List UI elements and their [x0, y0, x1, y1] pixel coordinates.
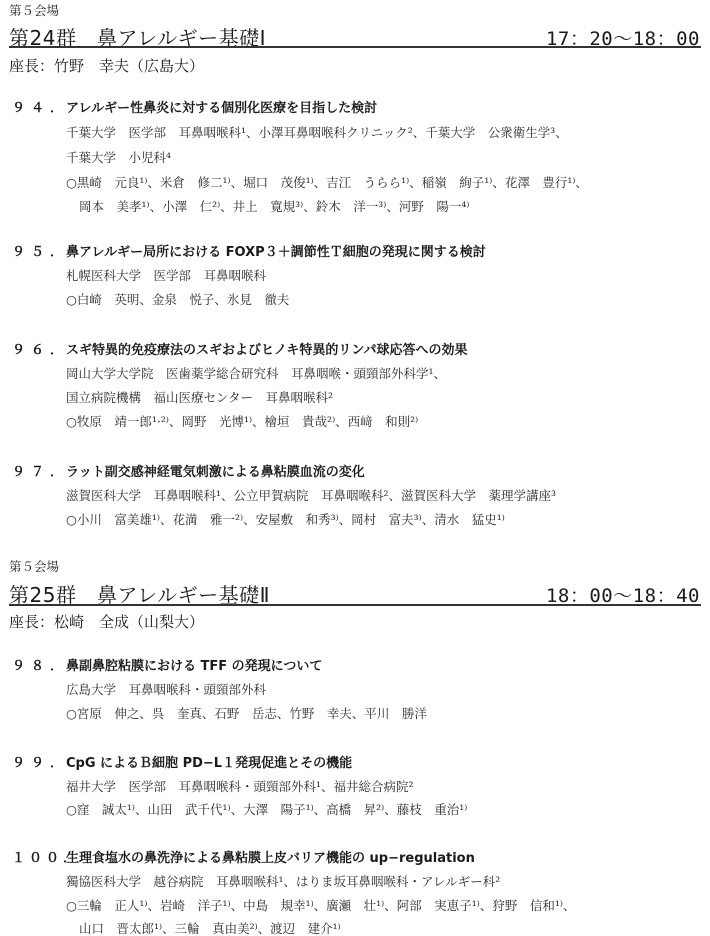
- presentation-title: スギ特異的免疫療法のスギおよびヒノキ特異的リンパ球応答への効果: [66, 339, 467, 358]
- venue-label: 第５会場: [9, 1, 59, 19]
- affiliation-line: 滋賀医科大学 耳鼻咽喉科¹、公立甲賀病院 耳鼻咽喉科²、滋賀医科大学 薬理学講座…: [66, 486, 556, 504]
- presentation-number: ９６．: [12, 339, 69, 358]
- presentation-number: ９８．: [12, 655, 69, 674]
- presentation-title: ラット副交感神経電気刺激による鼻粘膜血流の変化: [66, 461, 365, 480]
- venue-label: 第５会場: [9, 557, 59, 575]
- header-rule: [9, 604, 701, 606]
- author-line: ○黒崎 元良¹⁾、米倉 修二¹⁾、堀口 茂俊¹⁾、吉江 うらら¹⁾、稲嶺 絢子¹…: [66, 173, 588, 191]
- presentation-title: アレルギー性鼻炎に対する個別化医療を目指した検討: [66, 97, 377, 116]
- author-line: ○白崎 英明、金泉 悦子、氷見 徹夫: [66, 290, 289, 308]
- presentation-number: ９４．: [12, 97, 69, 116]
- presentation-title: 鼻副鼻腔粘膜における TFF の発現について: [66, 655, 322, 674]
- author-line: ○窪 誠太¹⁾、山田 武千代¹⁾、大澤 陽子¹⁾、高橋 昇²⁾、藤枝 重治¹⁾: [66, 800, 467, 818]
- presentation-number: ９５．: [12, 241, 69, 260]
- presentation-title: 鼻アレルギー局所における FOXP３＋調節性Ｔ細胞の発現に関する検討: [66, 241, 486, 260]
- affiliation-line: 獨協医科大学 越谷病院 耳鼻咽喉科¹、はりま坂耳鼻咽喉科・アレルギー科²: [66, 872, 500, 890]
- author-line: ○小川 富美雄¹⁾、花満 雅一²⁾、安屋敷 和秀³⁾、岡村 富夫³⁾、清水 猛史…: [66, 510, 505, 528]
- affiliation-line: 千葉大学 医学部 耳鼻咽喉科¹、小澤耳鼻咽喉科クリニック²、千葉大学 公衆衛生学…: [66, 123, 568, 141]
- affiliation-line: 札幌医科大学 医学部 耳鼻咽喉科: [66, 266, 266, 284]
- header-rule: [9, 46, 701, 48]
- presentation-title: 生理食塩水の鼻洗浄による鼻粘膜上皮バリア機能の up−regulation: [66, 847, 475, 866]
- chairperson: 座長：竹野 幸夫（広島大）: [9, 55, 204, 76]
- affiliation-line: 千葉大学 小児科⁴: [66, 148, 171, 166]
- presentation-number: ９９．: [12, 752, 69, 771]
- author-line: 山口 晋太郎¹⁾、三輪 真由美²⁾、渡辺 建介¹⁾: [79, 919, 341, 936]
- author-line: ○牧原 靖一郎¹·²⁾、岡野 光博¹⁾、檜垣 貴哉²⁾、西﨑 和則²⁾: [66, 412, 418, 430]
- affiliation-line: 岡山大学大学院 医歯薬学総合研究科 耳鼻咽喉・頭頸部外科学¹、: [66, 364, 446, 382]
- affiliation-line: 福井大学 医学部 耳鼻咽喉科・頭頸部外科¹、福井総合病院²: [66, 777, 414, 795]
- author-line: ○三輪 正人¹⁾、岩崎 洋子¹⁾、中島 規幸¹⁾、廣瀬 壮¹⁾、阿部 実恵子¹⁾…: [66, 896, 575, 914]
- author-line: ○宮原 伸之、呉 奎真、石野 岳志、竹野 幸夫、平川 勝洋: [66, 704, 427, 722]
- author-line: 岡本 美孝¹⁾、小澤 仁²⁾、井上 寛規³⁾、鈴木 洋一³⁾、河野 陽一⁴⁾: [79, 197, 469, 215]
- presentation-title: CpG によるＢ細胞 PD−L１発現促進とその機能: [66, 752, 352, 771]
- affiliation-line: 広島大学 耳鼻咽喉科・頭頸部外科: [66, 680, 266, 698]
- affiliation-line: 国立病院機構 福山医療センター 耳鼻咽喉科²: [66, 388, 333, 406]
- chairperson: 座長：松崎 全成（山梨大）: [9, 611, 204, 632]
- presentation-number: ９７．: [12, 461, 69, 480]
